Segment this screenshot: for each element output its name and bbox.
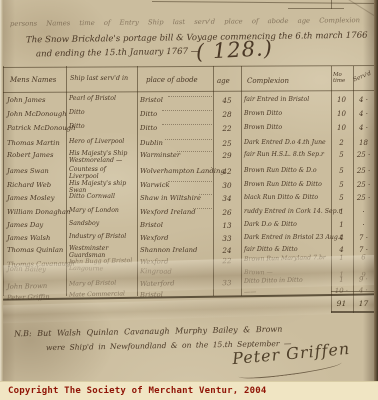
copyright-bar: Copyright The Society of Merchant Ventur…: [0, 381, 378, 400]
cell-c1: 5: [332, 167, 351, 175]
cell-abode: Wexford: [140, 234, 211, 242]
dotted-leader: [211, 167, 212, 168]
cell-age: 26: [214, 208, 240, 217]
cell-name: William Donaghan: [7, 208, 65, 216]
dotted-leader: [168, 181, 212, 182]
cell-name: John McDonough: [7, 110, 65, 118]
cell-ship: Hero of Liverpool: [69, 139, 135, 146]
cell-name: Patrick McDonough: [7, 124, 65, 132]
cell-c2: 25 ·: [354, 167, 373, 175]
table-row: James DaySandsboyBristol13Dark D.o & Dit…: [0, 221, 378, 234]
cell-abode: Wexford Ireland: [140, 208, 211, 216]
column-notes-scribble: persons Names time of Entry Ship last se…: [10, 16, 360, 28]
col-header-ship: Ship last serv'd in: [70, 74, 128, 82]
dotted-leader: [177, 151, 212, 152]
col-header-abode: place of abode: [146, 76, 198, 84]
cell-abode: Shannon Ireland: [140, 246, 211, 254]
cell-c2: ·: [354, 221, 373, 229]
cell-comp: fair Run H.S.L. 8.th Sep.r: [244, 151, 330, 158]
cell-abode: Shaw in Wiltshire: [140, 194, 211, 202]
cell-age: 24: [214, 246, 240, 255]
cell-age: 22: [214, 256, 240, 266]
col-header-time: Mo time: [333, 72, 351, 84]
cell-c2: 25 ·: [354, 181, 373, 189]
cell-name: John Bailey: [7, 265, 65, 274]
cell-ship: His Majesty's Ship Westmoreland —: [69, 151, 135, 164]
col-header-served: Serv'd: [353, 71, 373, 84]
cell-c2: 25 ·: [354, 151, 373, 159]
cell-age: 28: [214, 110, 240, 119]
document-title-line2: and ending the 15.th January 1767 —: [36, 47, 200, 60]
cell-name: James Mosley: [7, 194, 65, 202]
cell-abode: Warwick: [140, 181, 211, 189]
top-crop-line: [152, 1, 376, 4]
table-row: John McDonoughDittoDitto28Brown Ditto104…: [0, 110, 378, 123]
cell-comp: Brown Run Ditto & Ditto: [244, 181, 330, 188]
cell-comp: Brown Ditto: [244, 110, 330, 117]
top-crop-tick: [331, 0, 332, 9]
cell-abode: Wexford: [140, 257, 211, 266]
cell-ship: Langourne: [69, 266, 135, 274]
cell-c1: 5: [332, 194, 351, 202]
dotted-leader: [199, 194, 212, 195]
page-number: ( 128.): [195, 36, 273, 64]
dotted-leader: [165, 139, 212, 140]
cell-ship: Mary of Bristol: [69, 280, 135, 288]
table-top-line: [3, 65, 375, 68]
cell-c2: ·: [354, 208, 373, 216]
cell-c1: 1: [332, 254, 351, 262]
cell-name: Thomas Quinlan: [7, 246, 65, 254]
table-row: Richard WebHis Majesty's ship SwanWarwic…: [0, 181, 378, 194]
cell-name: Peter Griffin: [7, 293, 65, 302]
cell-ship: Pearl of Bristol: [69, 96, 135, 103]
cell-c2: 25 ·: [354, 194, 373, 202]
cell-c2: 4 ·: [354, 110, 373, 118]
cell-c1: 10: [332, 124, 351, 132]
cell-ship: Mate Commercial: [69, 291, 135, 299]
cell-comp: Brown Ditto: [244, 124, 330, 131]
totals-rule: [331, 291, 375, 292]
cell-age: 33: [214, 234, 240, 243]
cell-age: 42: [214, 167, 240, 176]
cell-name: James Walsh: [7, 234, 65, 242]
cell-name: Robert James: [7, 151, 65, 159]
cell-comp: fair Entred in Bristol: [244, 96, 330, 103]
cell-c1: 1: [332, 221, 351, 229]
dotted-leader: [168, 96, 212, 97]
cell-age: 13: [214, 221, 240, 230]
cell-comp: black Run Ditto & Ditto: [244, 194, 330, 201]
cell-abode: Ditto: [140, 110, 211, 118]
cell-c2: 7 ·: [354, 234, 373, 242]
cell-c2: 6: [354, 253, 373, 261]
cell-age: 22: [214, 124, 240, 133]
page-left-edge: [0, 0, 3, 382]
cell-name: Richard Web: [7, 181, 65, 189]
cell-ship: Mary of London: [69, 208, 135, 215]
cell-c1: 5: [332, 181, 351, 189]
cell-ship: Industry of Bristol: [69, 234, 135, 241]
col-header-age: age: [217, 77, 230, 85]
total-time: 91: [332, 299, 351, 308]
cell-ship: Sandsboy: [69, 221, 135, 228]
cell-name: John James: [7, 96, 65, 104]
col-header-names: Mens Names: [10, 76, 56, 84]
cell-age: 33: [214, 278, 240, 288]
top-crop-line-2: [288, 8, 344, 9]
cell-abode: Ditto: [140, 124, 211, 132]
cell-name: Thomas Martin: [7, 139, 65, 147]
cell-abode: Bristol: [140, 96, 211, 104]
cell-c1: 10: [332, 110, 351, 118]
cell-abode: Warminster: [140, 151, 211, 159]
cell-ship: Ditto: [69, 124, 135, 131]
table-row: John JamesPearl of BristolBristol45fair …: [0, 96, 378, 109]
table-row: William DonaghanMary of LondonWexford Ir…: [0, 208, 378, 221]
cell-c2: 9 ·: [354, 275, 373, 283]
table-row: James MosleyDitto CornwallShaw in Wiltsh…: [0, 194, 378, 207]
cell-abode: Bristol: [140, 290, 211, 299]
cell-ship: Ditto: [69, 110, 135, 117]
cell-comp: fair Ditto & Ditto: [244, 246, 330, 253]
cell-ship: Ditto Cornwall: [69, 194, 135, 201]
table-row: James SwanCountess of LiverpoolWolverham…: [0, 167, 378, 180]
cell-c1: 2: [332, 139, 351, 147]
copyright-text: Copyright The Society of Merchant Ventur…: [8, 386, 266, 396]
cell-abode: Waterford: [140, 279, 211, 288]
cell-c2: 4 ·: [354, 96, 373, 104]
cell-c2: 18: [354, 139, 373, 147]
dotted-leader: [162, 110, 213, 111]
cell-comp: Dark Entred D.o 4.th June: [244, 139, 330, 146]
cell-age: 45: [214, 96, 240, 105]
cell-name: James Swan: [7, 167, 65, 175]
cell-ship: Countess of Liverpool: [69, 167, 135, 180]
cell-age: 30: [214, 181, 240, 190]
col-header-complexion: Complexion: [247, 77, 289, 85]
dotted-leader: [162, 124, 213, 125]
cell-abode: Kingroad: [140, 267, 211, 276]
cell-comp: Dark D.o & Ditto: [244, 221, 330, 228]
nb-note-line1: N.B: But Walsh Quinlan Cavanaugh Murphy …: [14, 325, 282, 339]
total-served: 17: [354, 299, 373, 308]
table-row: Robert JamesHis Majesty's Ship Westmorel…: [0, 151, 378, 164]
cell-c1: 1: [332, 208, 351, 216]
cell-abode: Wolverhampton Landing: [140, 167, 211, 175]
cell-comp: ruddy Entred in Cork 14. Sep.r: [244, 208, 330, 215]
cell-abode: Dublin: [140, 139, 211, 147]
cell-comp: ——: [244, 287, 330, 296]
cell-comp: Dark Entred in Bristol 23 Aug.t: [244, 234, 330, 241]
cell-age: 34: [214, 194, 240, 203]
cell-age: [214, 289, 240, 290]
cell-age: 29: [214, 151, 240, 160]
totals-bottom-line: [331, 311, 375, 313]
cell-c1: 4: [332, 234, 351, 242]
cell-c2: 4 ·: [354, 124, 373, 132]
cell-c1: 1: [332, 276, 351, 284]
cell-comp: Brown Run Ditto & D.o: [244, 167, 330, 174]
table-header-line: [3, 90, 375, 93]
cell-comp: Ditto Ditto in Ditto: [244, 276, 330, 285]
page-right-edge: [374, 0, 378, 382]
cell-c1: 5: [332, 151, 351, 159]
cell-abode: Bristol: [140, 221, 211, 229]
cell-name: John Brown: [7, 282, 65, 291]
dotted-leader: [193, 208, 213, 209]
cell-age: 25: [214, 139, 240, 148]
scanned-document-page: persons Names time of Entry Ship last se…: [0, 0, 378, 400]
table-row: Patrick McDonoughDittoDitto22Brown Ditto…: [0, 124, 378, 137]
cell-comp: Brown Run Maryland 7.br: [244, 254, 330, 263]
cell-c1: 10: [332, 96, 351, 104]
cell-name: James Day: [7, 221, 65, 229]
